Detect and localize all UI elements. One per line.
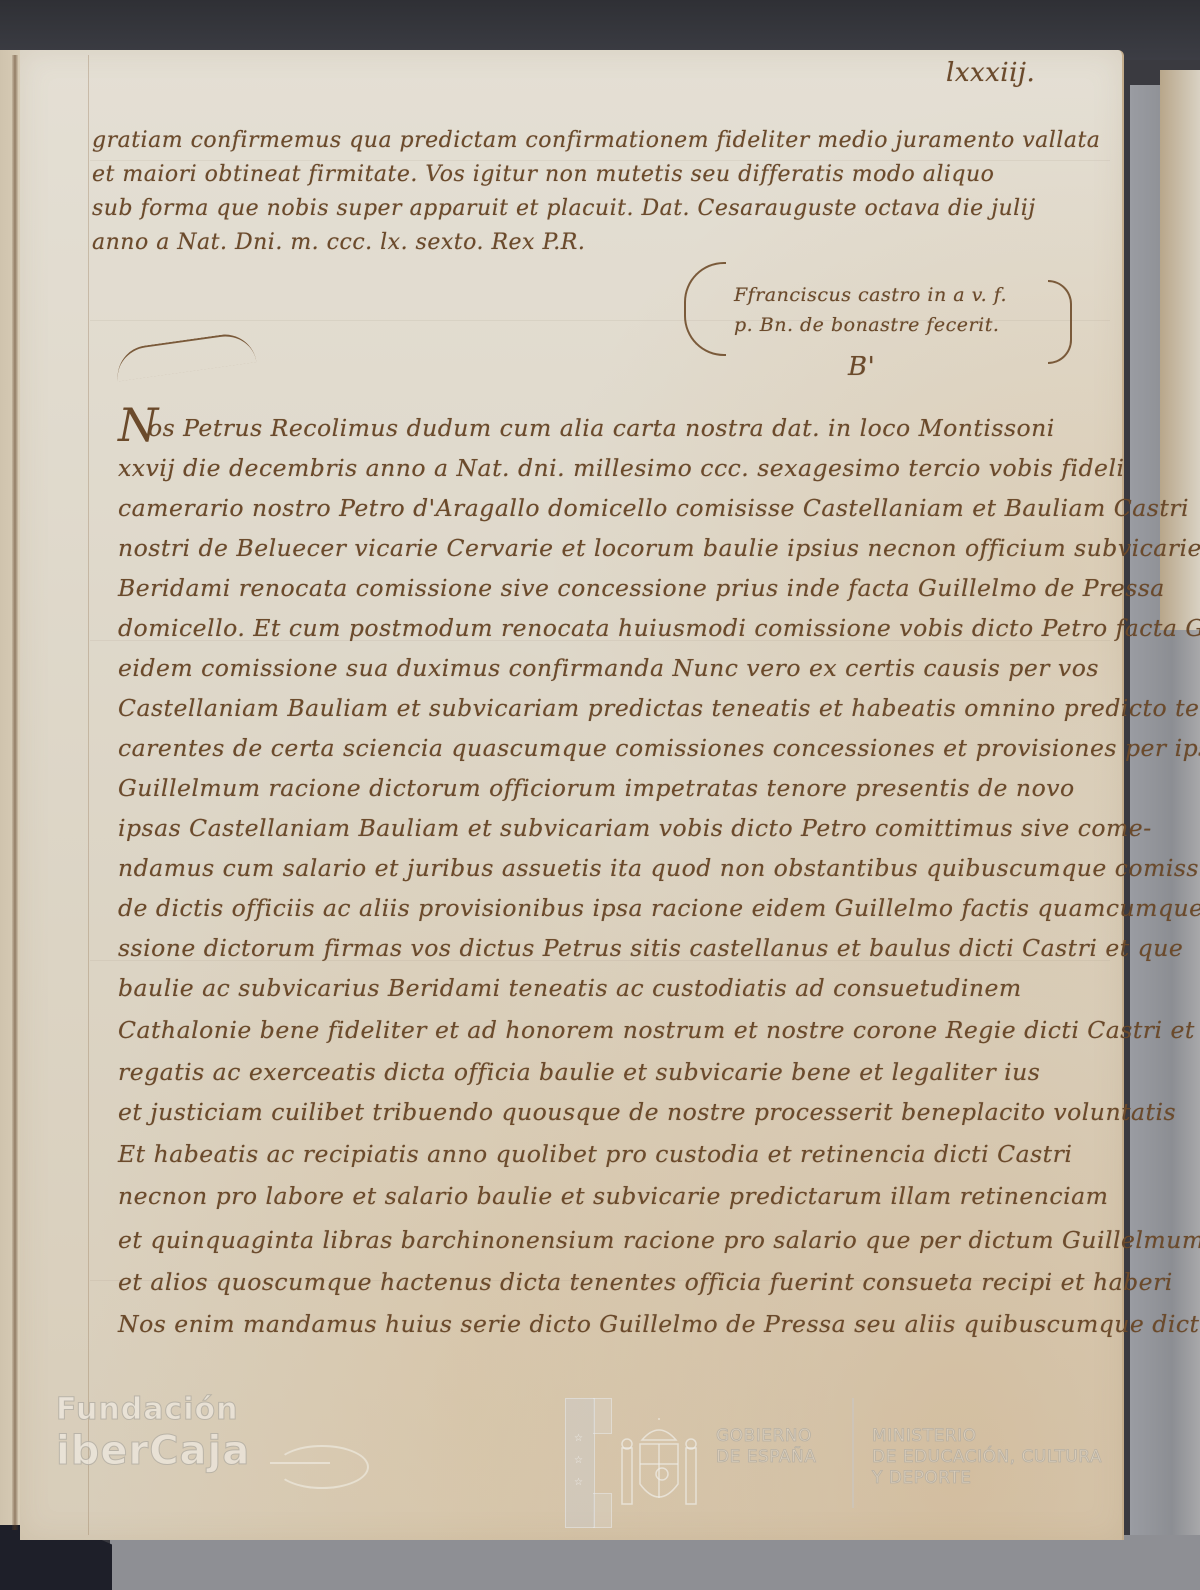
spain-coat-of-arms-icon xyxy=(618,1418,700,1510)
fundacion-watermark: Fundación xyxy=(56,1392,238,1427)
grey-mounting-board-bottom xyxy=(110,1535,1200,1590)
margin-ruling xyxy=(88,55,89,1535)
text-line: baulie ac subvicarius Beridami teneatis … xyxy=(118,974,1022,1002)
note-line: p. Bn. de bonastre fecerit. xyxy=(734,314,999,336)
flag-tab-top xyxy=(593,1398,612,1434)
text-line: et alios quoscumque hactenus dicta tenen… xyxy=(118,1268,1173,1296)
scribe-sign: B' xyxy=(848,352,875,382)
text-line: et justiciam cuilibet tribuendo quousque… xyxy=(118,1098,1176,1126)
text-line: Nos enim mandamus huius serie dicto Guil… xyxy=(118,1310,1200,1338)
text-line: Cathalonie bene fideliter et ad honorem … xyxy=(118,1016,1195,1044)
star-icon: ☆ xyxy=(574,1433,583,1444)
gobierno-line-1: GOBIERNO xyxy=(716,1426,816,1447)
text-line: necnon pro labore et salario baulie et s… xyxy=(118,1182,1108,1210)
folio-number: lxxxiij. xyxy=(946,58,1035,88)
text-line: et quinquaginta libras barchinonensium r… xyxy=(118,1226,1200,1254)
ibercaja-watermark: iberCaja xyxy=(56,1428,250,1474)
text-line: ipsas Castellaniam Bauliam et subvicaria… xyxy=(118,814,1152,842)
flag-tab-bottom xyxy=(593,1493,612,1528)
gobierno-watermark: GOBIERNO DE ESPAÑA xyxy=(716,1426,816,1468)
ministerio-line-2: DE EDUCACIÓN, CULTURA xyxy=(872,1447,1102,1468)
star-icon: ☆ xyxy=(574,1455,583,1466)
text-line: eidem comissione sua duximus confirmanda… xyxy=(118,654,1099,682)
ministerio-watermark: MINISTERIO DE EDUCACIÓN, CULTURA Y DEPOR… xyxy=(872,1426,1102,1489)
ibercaja-swoosh-line xyxy=(270,1462,330,1464)
ministerio-line-3: Y DEPORTE xyxy=(872,1468,1102,1489)
text-line: os Petrus Recolimus dudum cum alia carta… xyxy=(148,414,1055,442)
text-line: ssione dictorum firmas vos dictus Petrus… xyxy=(118,934,1183,962)
text-line: domicello. Et cum postmodum renocata hui… xyxy=(118,614,1200,642)
gobierno-line-2: DE ESPAÑA xyxy=(716,1447,816,1468)
ministerio-line-1: MINISTERIO xyxy=(872,1426,1102,1447)
note-bracket-right xyxy=(1048,280,1072,364)
watermark-divider xyxy=(852,1398,854,1508)
ruling-line xyxy=(90,160,1110,161)
text-line: ndamus cum salario et juribus assuetis i… xyxy=(118,854,1200,882)
eu-flag-strip-icon: ☆ ☆ ☆ xyxy=(565,1398,595,1528)
text-line: carentes de certa sciencia quascumque co… xyxy=(118,734,1200,762)
text-line: Beridami renocata comissione sive conces… xyxy=(118,574,1165,602)
text-line: anno a Nat. Dni. m. ccc. lx. sexto. Rex … xyxy=(92,230,585,255)
gutter-fold xyxy=(12,55,18,1530)
text-line: Guillelmum racione dictorum officiorum i… xyxy=(118,774,1075,802)
text-line: Castellaniam Bauliam et subvicariam pred… xyxy=(118,694,1200,722)
text-line: nostri de Beluecer vicarie Cervarie et l… xyxy=(118,534,1200,562)
note-line: Ffranciscus castro in a v. f. xyxy=(734,284,1007,306)
text-line: regatis ac exerceatis dicta officia baul… xyxy=(118,1058,1040,1086)
text-line: xxvij die decembris anno a Nat. dni. mil… xyxy=(118,454,1124,482)
text-line: camerario nostro Petro d'Aragallo domice… xyxy=(118,494,1189,522)
text-line: Et habeatis ac recipiatis anno quolibet … xyxy=(118,1140,1072,1168)
text-line: sub forma que nobis super apparuit et pl… xyxy=(92,196,1036,221)
star-icon: ☆ xyxy=(574,1477,583,1488)
ibercaja-swoosh-icon xyxy=(275,1445,369,1489)
text-line: de dictis officiis ac aliis provisionibu… xyxy=(118,894,1200,922)
text-line: gratiam confirmemus qua predictam confir… xyxy=(92,128,1100,153)
text-line: et maiori obtineat firmitate. Vos igitur… xyxy=(92,162,994,187)
